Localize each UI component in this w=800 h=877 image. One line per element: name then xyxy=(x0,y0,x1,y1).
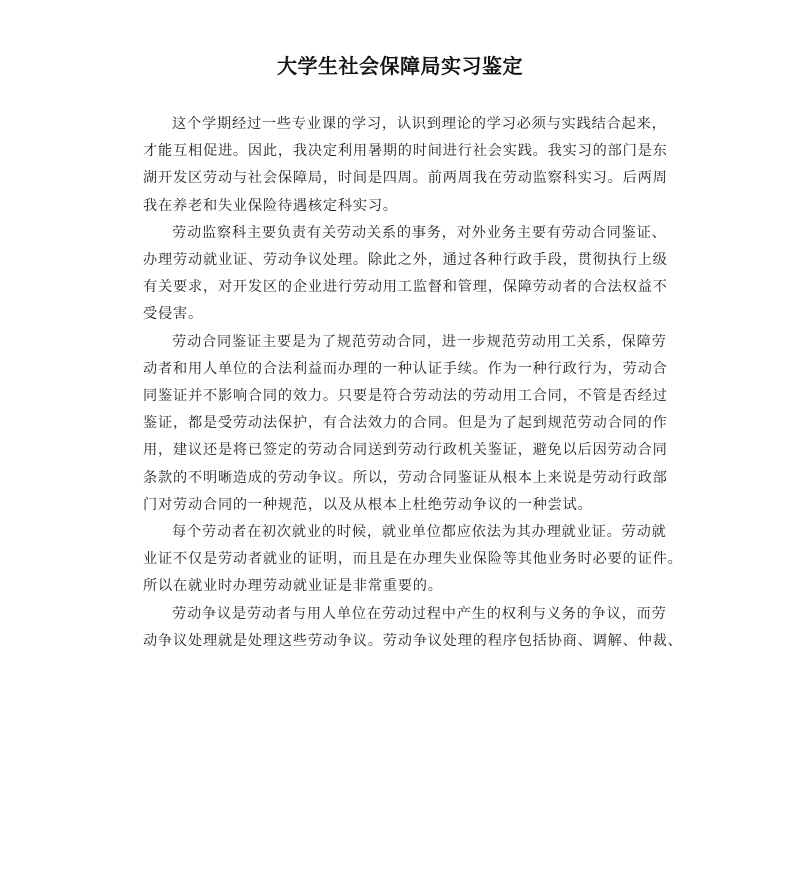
text-line: 动者和用人单位的合法利益而办理的一种认证手续。作为一种行政行为，劳动合 xyxy=(143,356,659,383)
paragraph-4: 每个劳动者在初次就业的时候，就业单位都应依法为其办理就业证。劳动就 业证不仅是劳… xyxy=(143,519,659,601)
text-line: 门对劳动合同的一种规范，以及从根本上杜绝劳动争议的一种尝试。 xyxy=(143,492,659,519)
text-line: 同鉴证并不影响合同的效力。只要是符合劳动法的劳动用工合同，不管是否经过 xyxy=(143,383,659,410)
document-page: 大学生社会保障局实习鉴定 这个学期经过一些专业课的学习，认识到理论的学习必须与实… xyxy=(0,0,800,877)
text-line: 湖开发区劳动与社会保障局，时间是四周。前两周我在劳动监察科实习。后两周 xyxy=(143,165,659,192)
text-line: 业证不仅是劳动者就业的证明，而且是在办理失业保险等其他业务时必要的证件。 xyxy=(143,546,659,573)
text-line: 劳动合同鉴证主要是为了规范劳动合同，进一步规范劳动用工关系，保障劳 xyxy=(143,329,659,356)
text-line: 有关要求，对开发区的企业进行劳动用工监督和管理，保障劳动者的合法权益不 xyxy=(143,274,659,301)
text-line: 用，建议还是将已签定的劳动合同送到劳动行政机关鉴证，避免以后因劳动合同 xyxy=(143,437,659,464)
text-line: 条款的不明晰造成的劳动争议。所以，劳动合同鉴证从根本上来说是劳动行政部 xyxy=(143,465,659,492)
text-line: 办理劳动就业证、劳动争议处理。除此之外，通过各种行政手段，贯彻执行上级 xyxy=(143,247,659,274)
text-line: 受侵害。 xyxy=(143,301,659,328)
document-body: 这个学期经过一些专业课的学习，认识到理论的学习必须与实践结合起来， 才能互相促进… xyxy=(143,111,659,655)
paragraph-1: 这个学期经过一些专业课的学习，认识到理论的学习必须与实践结合起来， 才能互相促进… xyxy=(143,111,659,220)
text-line: 这个学期经过一些专业课的学习，认识到理论的学习必须与实践结合起来， xyxy=(143,111,659,138)
paragraph-2: 劳动监察科主要负责有关劳动关系的事务，对外业务主要有劳动合同鉴证、 办理劳动就业… xyxy=(143,220,659,329)
text-line: 才能互相促进。因此，我决定利用暑期的时间进行社会实践。我实习的部门是东 xyxy=(143,138,659,165)
text-line: 劳动争议是劳动者与用人单位在劳动过程中产生的权利与义务的争议，而劳 xyxy=(143,601,659,628)
text-line: 每个劳动者在初次就业的时候，就业单位都应依法为其办理就业证。劳动就 xyxy=(143,519,659,546)
text-line: 动争议处理就是处理这些劳动争议。劳动争议处理的程序包括协商、调解、仲裁、 xyxy=(143,628,659,655)
paragraph-3: 劳动合同鉴证主要是为了规范劳动合同，进一步规范劳动用工关系，保障劳 动者和用人单… xyxy=(143,329,659,519)
text-line: 劳动监察科主要负责有关劳动关系的事务，对外业务主要有劳动合同鉴证、 xyxy=(143,220,659,247)
text-line: 所以在就业时办理劳动就业证是非常重要的。 xyxy=(143,573,659,600)
paragraph-5: 劳动争议是劳动者与用人单位在劳动过程中产生的权利与义务的争议，而劳 动争议处理就… xyxy=(143,601,659,655)
text-line: 鉴证，都是受劳动法保护，有合法效力的合同。但是为了起到规范劳动合同的作 xyxy=(143,410,659,437)
text-line: 我在养老和失业保险待遇核定科实习。 xyxy=(143,193,659,220)
document-title: 大学生社会保障局实习鉴定 xyxy=(0,52,800,80)
